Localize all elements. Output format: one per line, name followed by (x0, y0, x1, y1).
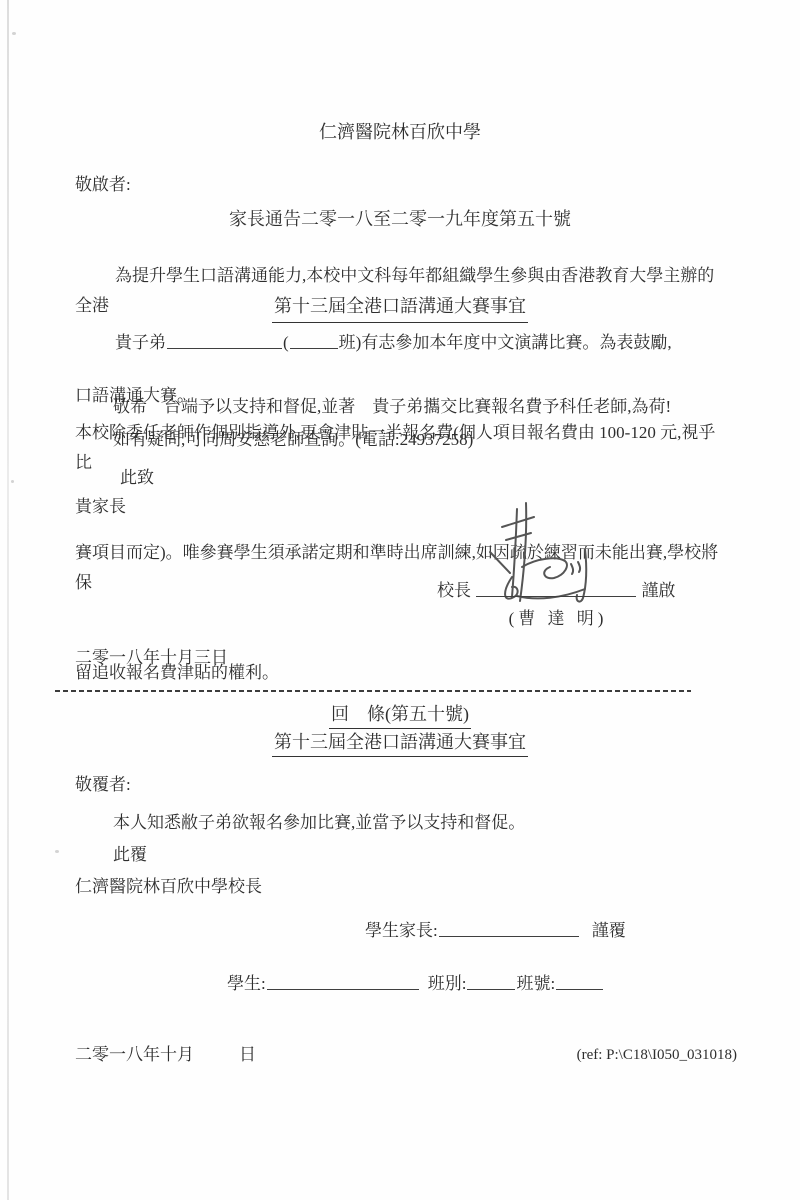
reply-salutation: 敬覆者: (75, 772, 725, 798)
principal-signature-line (476, 581, 636, 597)
paragraph-enquiry: 如有疑問,可向周安慈老師查詢。(電話:24937258) (75, 427, 725, 453)
paragraph-main-line1: 貴子弟(班)有志參加本年度中文演講比賽。為表鼓勵, (75, 328, 725, 358)
cut-dashed-line (55, 690, 691, 692)
signature-row: 校長 謹啟 (437, 578, 676, 604)
class-blank (290, 333, 338, 349)
class-blank-reply (467, 974, 515, 990)
reply-subject-text: 第十三屆全港口語溝通大賽事宜 (272, 729, 528, 757)
paren-open: ( (283, 333, 289, 352)
scan-edge-artifact (7, 0, 9, 1200)
scan-speck (12, 32, 16, 35)
parent-suffix: 謹覆 (592, 921, 626, 940)
salutation: 敬啟者: (75, 172, 725, 198)
class-number-blank (556, 974, 603, 990)
parent-signature-blank (439, 921, 579, 937)
reply-sender: 仁濟醫院林百欣中學校長 (75, 874, 725, 900)
pledge-prefix: 貴子弟 (115, 333, 166, 352)
reply-body: 本人知悉敝子弟欲報名參加比賽,並當予以支持和督促。 (75, 810, 725, 836)
closing-cizhi: 此致 (75, 465, 725, 491)
parent-sign-row: 學生家長:謹覆 (365, 918, 725, 944)
scan-speck (55, 850, 59, 853)
school-name: 仁濟醫院林百欣中學 (75, 118, 725, 147)
pledge-suffix: 班)有志參加本年度中文演講比賽。為表鼓勵, (339, 333, 672, 352)
parent-label: 學生家長: (365, 921, 438, 940)
principal-label: 校長 (437, 581, 471, 600)
letter-date: 二零一八年十月三日 (75, 645, 725, 671)
scan-speck (11, 480, 14, 483)
reply-closing: 此覆 (75, 842, 725, 868)
reply-date-prefix: 二零一八年十月 (75, 1045, 194, 1064)
class-label: 班別: (428, 974, 467, 993)
principal-name: (曹 達 明) (478, 606, 638, 632)
reply-title: 回 條(第五十號) (75, 701, 725, 729)
signature-suffix: 謹啟 (642, 581, 676, 600)
reply-date-suffix: 日 (239, 1045, 256, 1064)
reply-title-text: 回 條(第五十號) (329, 701, 471, 729)
reply-subject: 第十三屆全港口語溝通大賽事宜 (75, 729, 725, 757)
student-name-blank (167, 333, 282, 349)
file-reference: (ref: P:\C18\I050_031018) (577, 1042, 737, 1068)
scanned-notice-page: 仁濟醫院林百欣中學 家長通告二零一八至二零一九年度第五十號 第十三屆全港口語溝通… (0, 0, 800, 1200)
student-name-blank-reply (267, 974, 419, 990)
class-number-label: 班號: (516, 974, 555, 993)
student-info-row: 學生:班別:班號: (227, 971, 727, 997)
paragraph-request: 敬希 台端予以支持和督促,並著 貴子弟攜交比賽報名費予科任老師,為荷! (75, 394, 725, 420)
student-label: 學生: (227, 974, 266, 993)
